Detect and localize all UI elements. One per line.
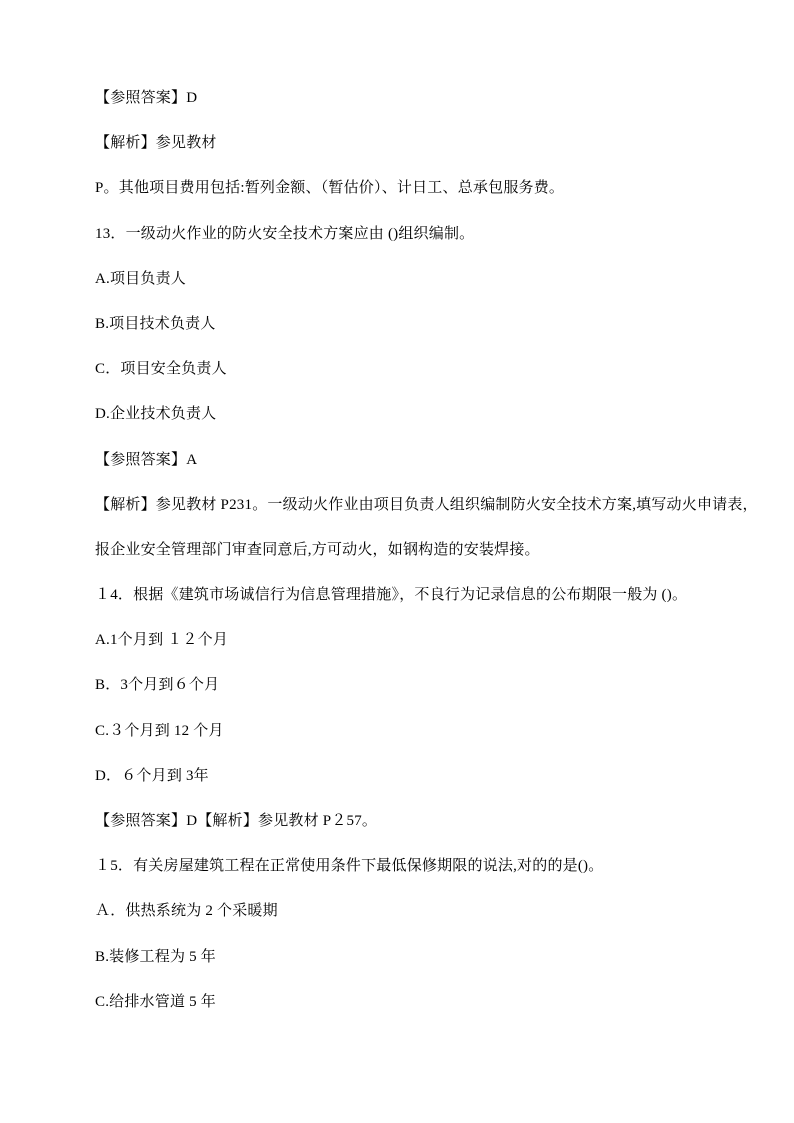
q13-analysis-line-2: 报企业安全管理部门审查同意后,方可动火，如钢构造的安装焊接。 <box>95 528 794 573</box>
q15-title: １5．有关房屋建筑工程在正常使用条件下最低保修期限的说法,对的的是()。 <box>95 844 794 889</box>
q14-option-b: B．3个月到６个月 <box>95 663 794 708</box>
q13-option-c: C．项目安全负责人 <box>95 347 794 392</box>
q14-answer-line: 【参照答案】D【解析】参见教材 P２57。 <box>95 799 794 844</box>
q15-option-b: B.装修工程为 5 年 <box>95 935 794 980</box>
q13-option-b: B.项目技术负责人 <box>95 302 794 347</box>
q14-option-c: C.３个月到 12 个月 <box>95 709 794 754</box>
q14-option-d: D．６个月到 3年 <box>95 754 794 799</box>
q13-option-a: A.项目负责人 <box>95 257 794 302</box>
q15-option-a: Ａ．供热系统为 2 个采暖期 <box>95 889 794 934</box>
q12-analysis-line-1: 【解析】参见教材 <box>95 121 794 166</box>
q12-answer-line: 【参照答案】D <box>95 76 794 121</box>
q13-title: 13．一级动火作业的防火安全技术方案应由 ()组织编制。 <box>95 212 794 257</box>
q13-answer-line: 【参照答案】A <box>95 438 794 483</box>
q14-option-a: A.1个月到 １２个月 <box>95 618 794 663</box>
q14-title: １4．根据《建筑市场诚信行为信息管理措施》，不良行为记录信息的公布期限一般为 (… <box>95 573 794 618</box>
q13-option-d: D.企业技术负责人 <box>95 392 794 437</box>
q12-analysis-line-2: P。其他项目费用包括:暂列金额、（暂估价）、计日工、总承包服务费。 <box>95 166 794 211</box>
document-page: 【参照答案】D 【解析】参见教材 P。其他项目费用包括:暂列金额、（暂估价）、计… <box>0 0 794 1123</box>
q13-analysis-line-1: 【解析】参见教材 P231。一级动火作业由项目负责人组织编制防火安全技术方案,填… <box>95 483 794 528</box>
q15-option-c: C.给排水管道 5 年 <box>95 980 794 1025</box>
